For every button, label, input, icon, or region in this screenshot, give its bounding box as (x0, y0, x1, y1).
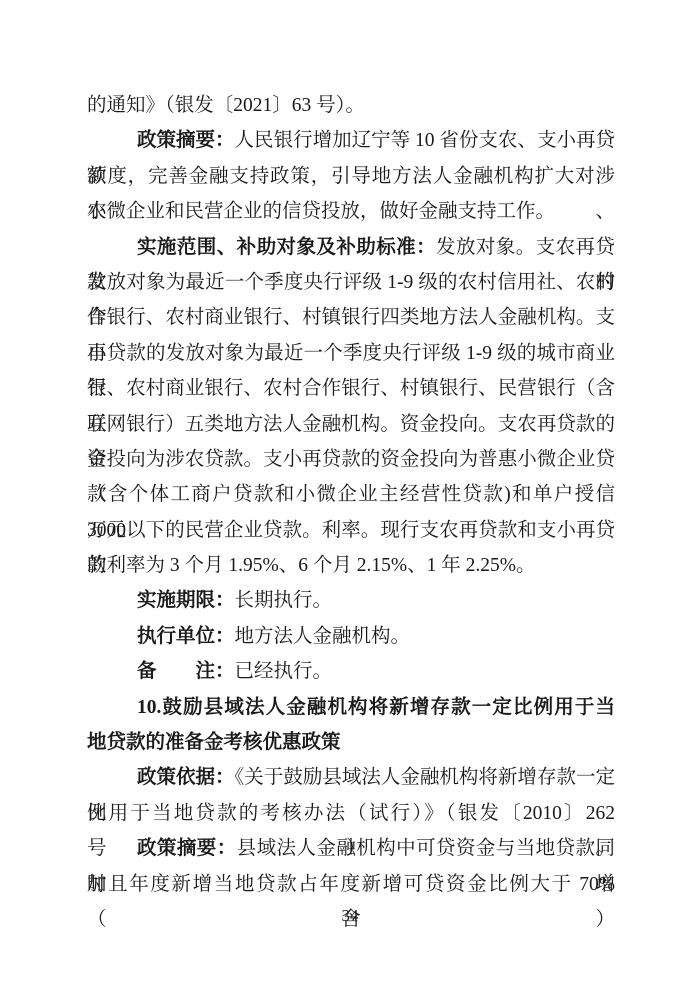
text-line: 再贷款的发放对象为最近一个季度央行评级 1-9 级的城市商业银 (87, 336, 615, 371)
text-line: 金投向为涉农贷款。支小再贷款的资金投向为普惠小微企业贷款 (87, 442, 615, 477)
text-segment: 的通知》（银发〔2021〕63 号）。 (87, 95, 365, 116)
line-policy-summary-label: 政策摘要：人民银行增加辽宁等 10 省份支农、支小再贷款 (87, 123, 615, 158)
document-page: 的通知》（银发〔2021〕63 号）。政策摘要：人民银行增加辽宁等 10 省份支… (0, 0, 700, 990)
text-segment: 小微企业和民营企业的信贷投放，做好金融支持工作。 (87, 201, 555, 222)
text-line: 万元以下的民营企业贷款。利率。现行支农再贷款和支小再贷款 (87, 513, 615, 548)
text-line: 的利率为 3 个月 1.95%、6 个月 2.15%、1 年 2.25%。 (87, 548, 615, 583)
section-heading-line: 地贷款的准备金考核优惠政策 (87, 725, 615, 760)
line-scope-label: 实施范围、补助对象及补助标准：发放对象。支农再贷款的 (87, 230, 615, 265)
text-line: 额度，完善金融支持政策，引导地方法人金融机构扩大对涉农、 (87, 159, 615, 194)
bold-label: 备 注： (137, 661, 235, 682)
text-line: 加且年度新增当地贷款占年度新增可贷资金比例大于 70%（含） (87, 867, 615, 902)
line-remark-label: 备 注：已经执行。 (87, 654, 615, 689)
body-text: 的通知》（银发〔2021〕63 号）。政策摘要：人民银行增加辽宁等 10 省份支… (87, 88, 615, 902)
text-line: 行、农村商业银行、农村合作银行、村镇银行、民营银行（含互 (87, 371, 615, 406)
bold-label: 实施期限： (137, 590, 235, 611)
text-segment: 的利率为 3 个月 1.95%、6 个月 2.15%、1 年 2.25%。 (87, 555, 535, 576)
bold-label: 地贷款的准备金考核优惠政策 (87, 732, 341, 753)
line-doc-number: 的通知》（银发〔2021〕63 号）。 (87, 88, 615, 123)
text-line: 例用于当地贷款的考核办法（试行）》（银发〔2010〕262 号）。 (87, 796, 615, 831)
text-line: （含个体工商户贷款和小微企业主经营性贷款)和单户授信 3000 (87, 477, 615, 512)
bold-label: 执行单位： (137, 626, 235, 647)
line-duration-label: 实施期限：长期执行。 (87, 583, 615, 618)
text-line: 发放对象为最近一个季度央行评级 1-9 级的农村信用社、农村合 (87, 265, 615, 300)
section-heading-line: 10.鼓励县域法人金融机构将新增存款一定比例用于当 (87, 690, 615, 725)
bold-label: 实施范围、补助对象及补助标准： (137, 237, 436, 258)
text-line: 小微企业和民营企业的信贷投放，做好金融支持工作。 (87, 194, 615, 229)
text-line: 作银行、农村商业银行、村镇银行四类地方法人金融机构。支小 (87, 300, 615, 335)
page-number: 34 (0, 904, 700, 928)
text-line: 联网银行）五类地方法人金融机构。资金投向。支农再贷款的资 (87, 407, 615, 442)
text-segment: 地方法人金融机构。 (235, 626, 411, 647)
text-segment: 长期执行。 (235, 590, 333, 611)
bold-label: 政策依据： (137, 767, 235, 788)
bold-label: 政策摘要： (137, 130, 235, 151)
line-executor-label: 执行单位：地方法人金融机构。 (87, 619, 615, 654)
bold-label: 10.鼓励县域法人金融机构将新增存款一定比例用于当 (137, 697, 615, 718)
line-policy-summary-label: 政策摘要：县域法人金融机构中可贷资金与当地贷款同时增 (87, 831, 615, 866)
bold-label: 政策摘要： (137, 838, 237, 859)
text-segment: 已经执行。 (235, 661, 333, 682)
line-policy-basis-label: 政策依据：《关于鼓励县域法人金融机构将新增存款一定比 (87, 760, 615, 795)
